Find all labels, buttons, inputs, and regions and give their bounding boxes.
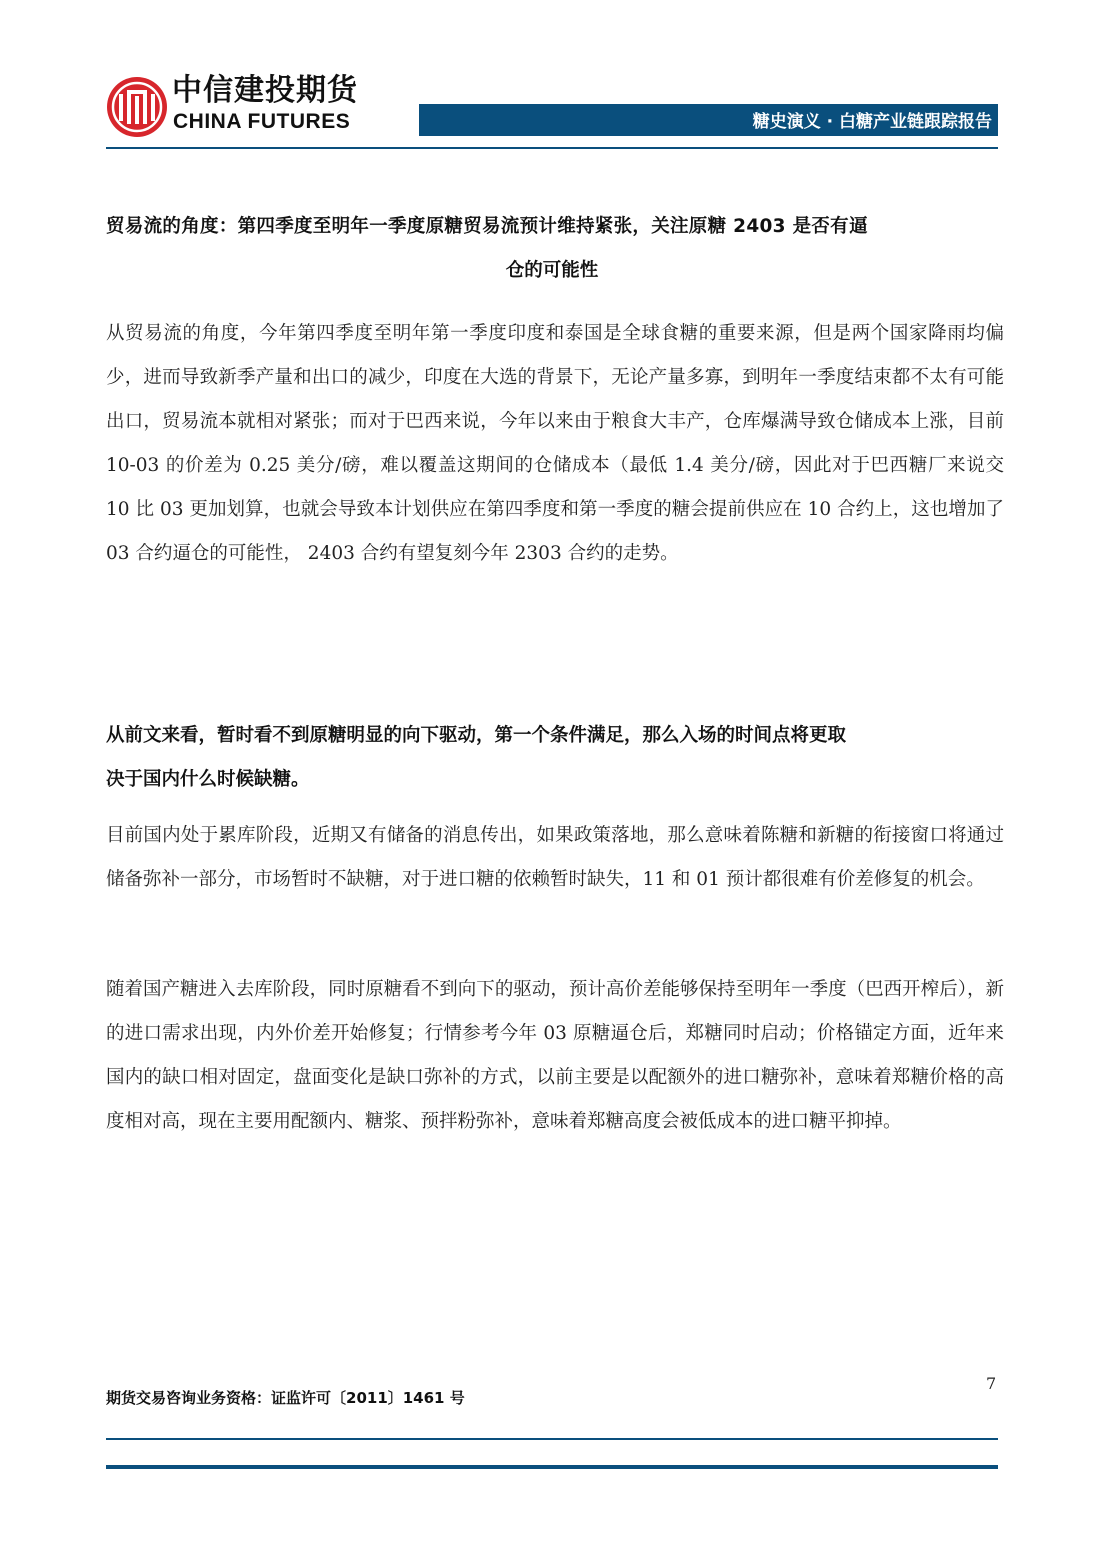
paragraph-domestic-stock: 目前国内处于累库阶段，近期又有储备的消息传出，如果政策落地，那么意味着陈糖和新糖… xyxy=(106,814,1004,902)
brand-name-en: CHINA FUTURES xyxy=(173,110,350,134)
report-title: 糖史演义 · 白糖产业链跟踪报告 xyxy=(753,112,992,132)
footer-divider-thin xyxy=(106,1438,998,1440)
page-number: 7 xyxy=(986,1374,996,1393)
heading-line-2: 决于国内什么时候缺糖。 xyxy=(106,758,998,802)
footer-divider-thick xyxy=(106,1465,998,1469)
section-heading-entry-timing: 从前文来看，暂时看不到原糖明显的向下驱动，第一个条件满足，那么入场的时间点将更取… xyxy=(106,714,998,802)
report-title-bar: 糖史演义 · 白糖产业链跟踪报告 xyxy=(419,104,998,136)
heading-line-1: 贸易流的角度：第四季度至明年一季度原糖贸易流预计维持紧张，关注原糖 2403 是… xyxy=(106,212,998,238)
paragraph-trade-flow: 从贸易流的角度，今年第四季度至明年第一季度印度和泰国是全球食糖的重要来源，但是两… xyxy=(106,312,1004,576)
paragraph-destocking-outlook: 随着国产糖进入去库阶段，同时原糖看不到向下的驱动，预计高价差能够保持至明年一季度… xyxy=(106,968,1004,1144)
header-divider xyxy=(106,147,998,149)
section-heading-trade-flow: 贸易流的角度：第四季度至明年一季度原糖贸易流预计维持紧张，关注原糖 2403 是… xyxy=(106,212,998,282)
heading-line-2: 仓的可能性 xyxy=(106,256,998,282)
license-note: 期货交易咨询业务资格：证监许可〔2011〕1461 号 xyxy=(106,1387,465,1408)
citic-logo-icon xyxy=(106,76,168,138)
brand-name-cn: 中信建投期货 xyxy=(172,74,358,108)
heading-line-1: 从前文来看，暂时看不到原糖明显的向下驱动，第一个条件满足，那么入场的时间点将更取 xyxy=(106,714,998,758)
